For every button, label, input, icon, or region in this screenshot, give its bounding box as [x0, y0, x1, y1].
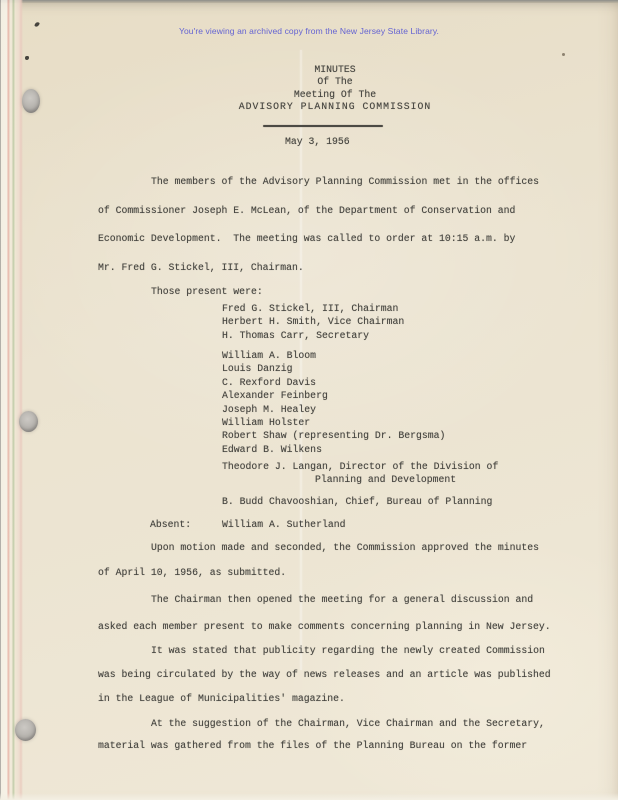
- paragraph-line: It was stated that publicity regarding t…: [151, 645, 545, 656]
- paragraph-line: At the suggestion of the Chairman, Vice …: [151, 718, 545, 729]
- title-underline: [263, 125, 383, 127]
- staff-name: B. Budd Chavooshian, Chief, Bureau of Pl…: [222, 496, 492, 507]
- paragraph-line: of Commissioner Joseph E. McLean, of the…: [98, 205, 515, 216]
- absent-name: William A. Sutherland: [222, 519, 345, 530]
- attendee-name: William Holster: [222, 417, 310, 428]
- document-title-block: MINUTES Of The Meeting Of The ADVISORY P…: [224, 64, 446, 113]
- attendee-name: C. Rexford Davis: [222, 377, 316, 388]
- paragraph-line: Mr. Fred G. Stickel, III, Chairman.: [98, 262, 304, 273]
- attendee-name: Herbert H. Smith, Vice Chairman: [222, 316, 404, 327]
- scanned-document-page: You're viewing an archived copy from the…: [0, 0, 618, 800]
- attendee-name: Louis Danzig: [222, 363, 293, 374]
- attendee-name: William A. Bloom: [222, 350, 316, 361]
- ink-speck: [25, 56, 29, 60]
- paragraph-line: The members of the Advisory Planning Com…: [151, 176, 539, 187]
- paragraph-line: The Chairman then opened the meeting for…: [151, 594, 533, 605]
- staff-name: Theodore J. Langan, Director of the Divi…: [222, 461, 498, 472]
- archive-banner: You're viewing an archived copy from the…: [0, 26, 618, 36]
- title-line-of-the: Of The: [224, 76, 446, 88]
- present-label: Those present were:: [151, 286, 263, 297]
- paragraph-line: was being circulated by the way of news …: [98, 669, 551, 680]
- paragraph-line: of April 10, 1956, as submitted.: [98, 567, 286, 578]
- absent-label: Absent:: [150, 519, 191, 530]
- paragraph-line: in the League of Municipalities' magazin…: [98, 693, 345, 704]
- paragraph-line: asked each member present to make commen…: [98, 621, 551, 632]
- attendee-name: Alexander Feinberg: [222, 390, 328, 401]
- scan-top-edge: [0, 0, 618, 3]
- paragraph-line: material was gathered from the files of …: [98, 740, 527, 751]
- scan-left-edge: [0, 0, 23, 800]
- title-line-meeting: Meeting Of The: [224, 89, 446, 101]
- paragraph-line: Economic Development. The meeting was ca…: [98, 233, 515, 244]
- attendee-name: Robert Shaw (representing Dr. Bergsma): [222, 430, 445, 441]
- date-line: May 3, 1956: [285, 136, 350, 147]
- staff-name-continuation: Planning and Development: [315, 474, 456, 485]
- punch-hole-bottom: [15, 719, 36, 741]
- attendee-name: H. Thomas Carr, Secretary: [222, 330, 369, 341]
- punch-hole-top: [22, 89, 40, 113]
- title-line-minutes: MINUTES: [224, 64, 446, 76]
- attendee-name: Fred G. Stickel, III, Chairman: [222, 303, 398, 314]
- attendee-name: Edward B. Wilkens: [222, 444, 322, 455]
- paragraph-line: Upon motion made and seconded, the Commi…: [151, 542, 539, 553]
- attendee-name: Joseph M. Healey: [222, 404, 316, 415]
- scan-bottom-edge: [0, 793, 618, 800]
- ink-speck: [562, 53, 565, 56]
- punch-hole-middle: [19, 411, 38, 432]
- title-line-commission: ADVISORY PLANNING COMMISSION: [224, 101, 446, 113]
